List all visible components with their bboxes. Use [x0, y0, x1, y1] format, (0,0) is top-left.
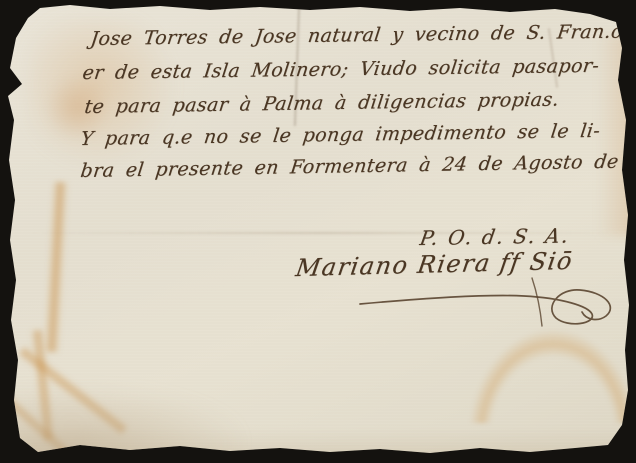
paper-sheet: Jose Torres de Jose natural y vecino de … [0, 0, 636, 463]
signature-rubric-flourish [356, 276, 632, 332]
closing-formula: P. O. d. S. A. [418, 223, 572, 250]
scanned-manuscript: Jose Torres de Jose natural y vecino de … [0, 0, 636, 463]
